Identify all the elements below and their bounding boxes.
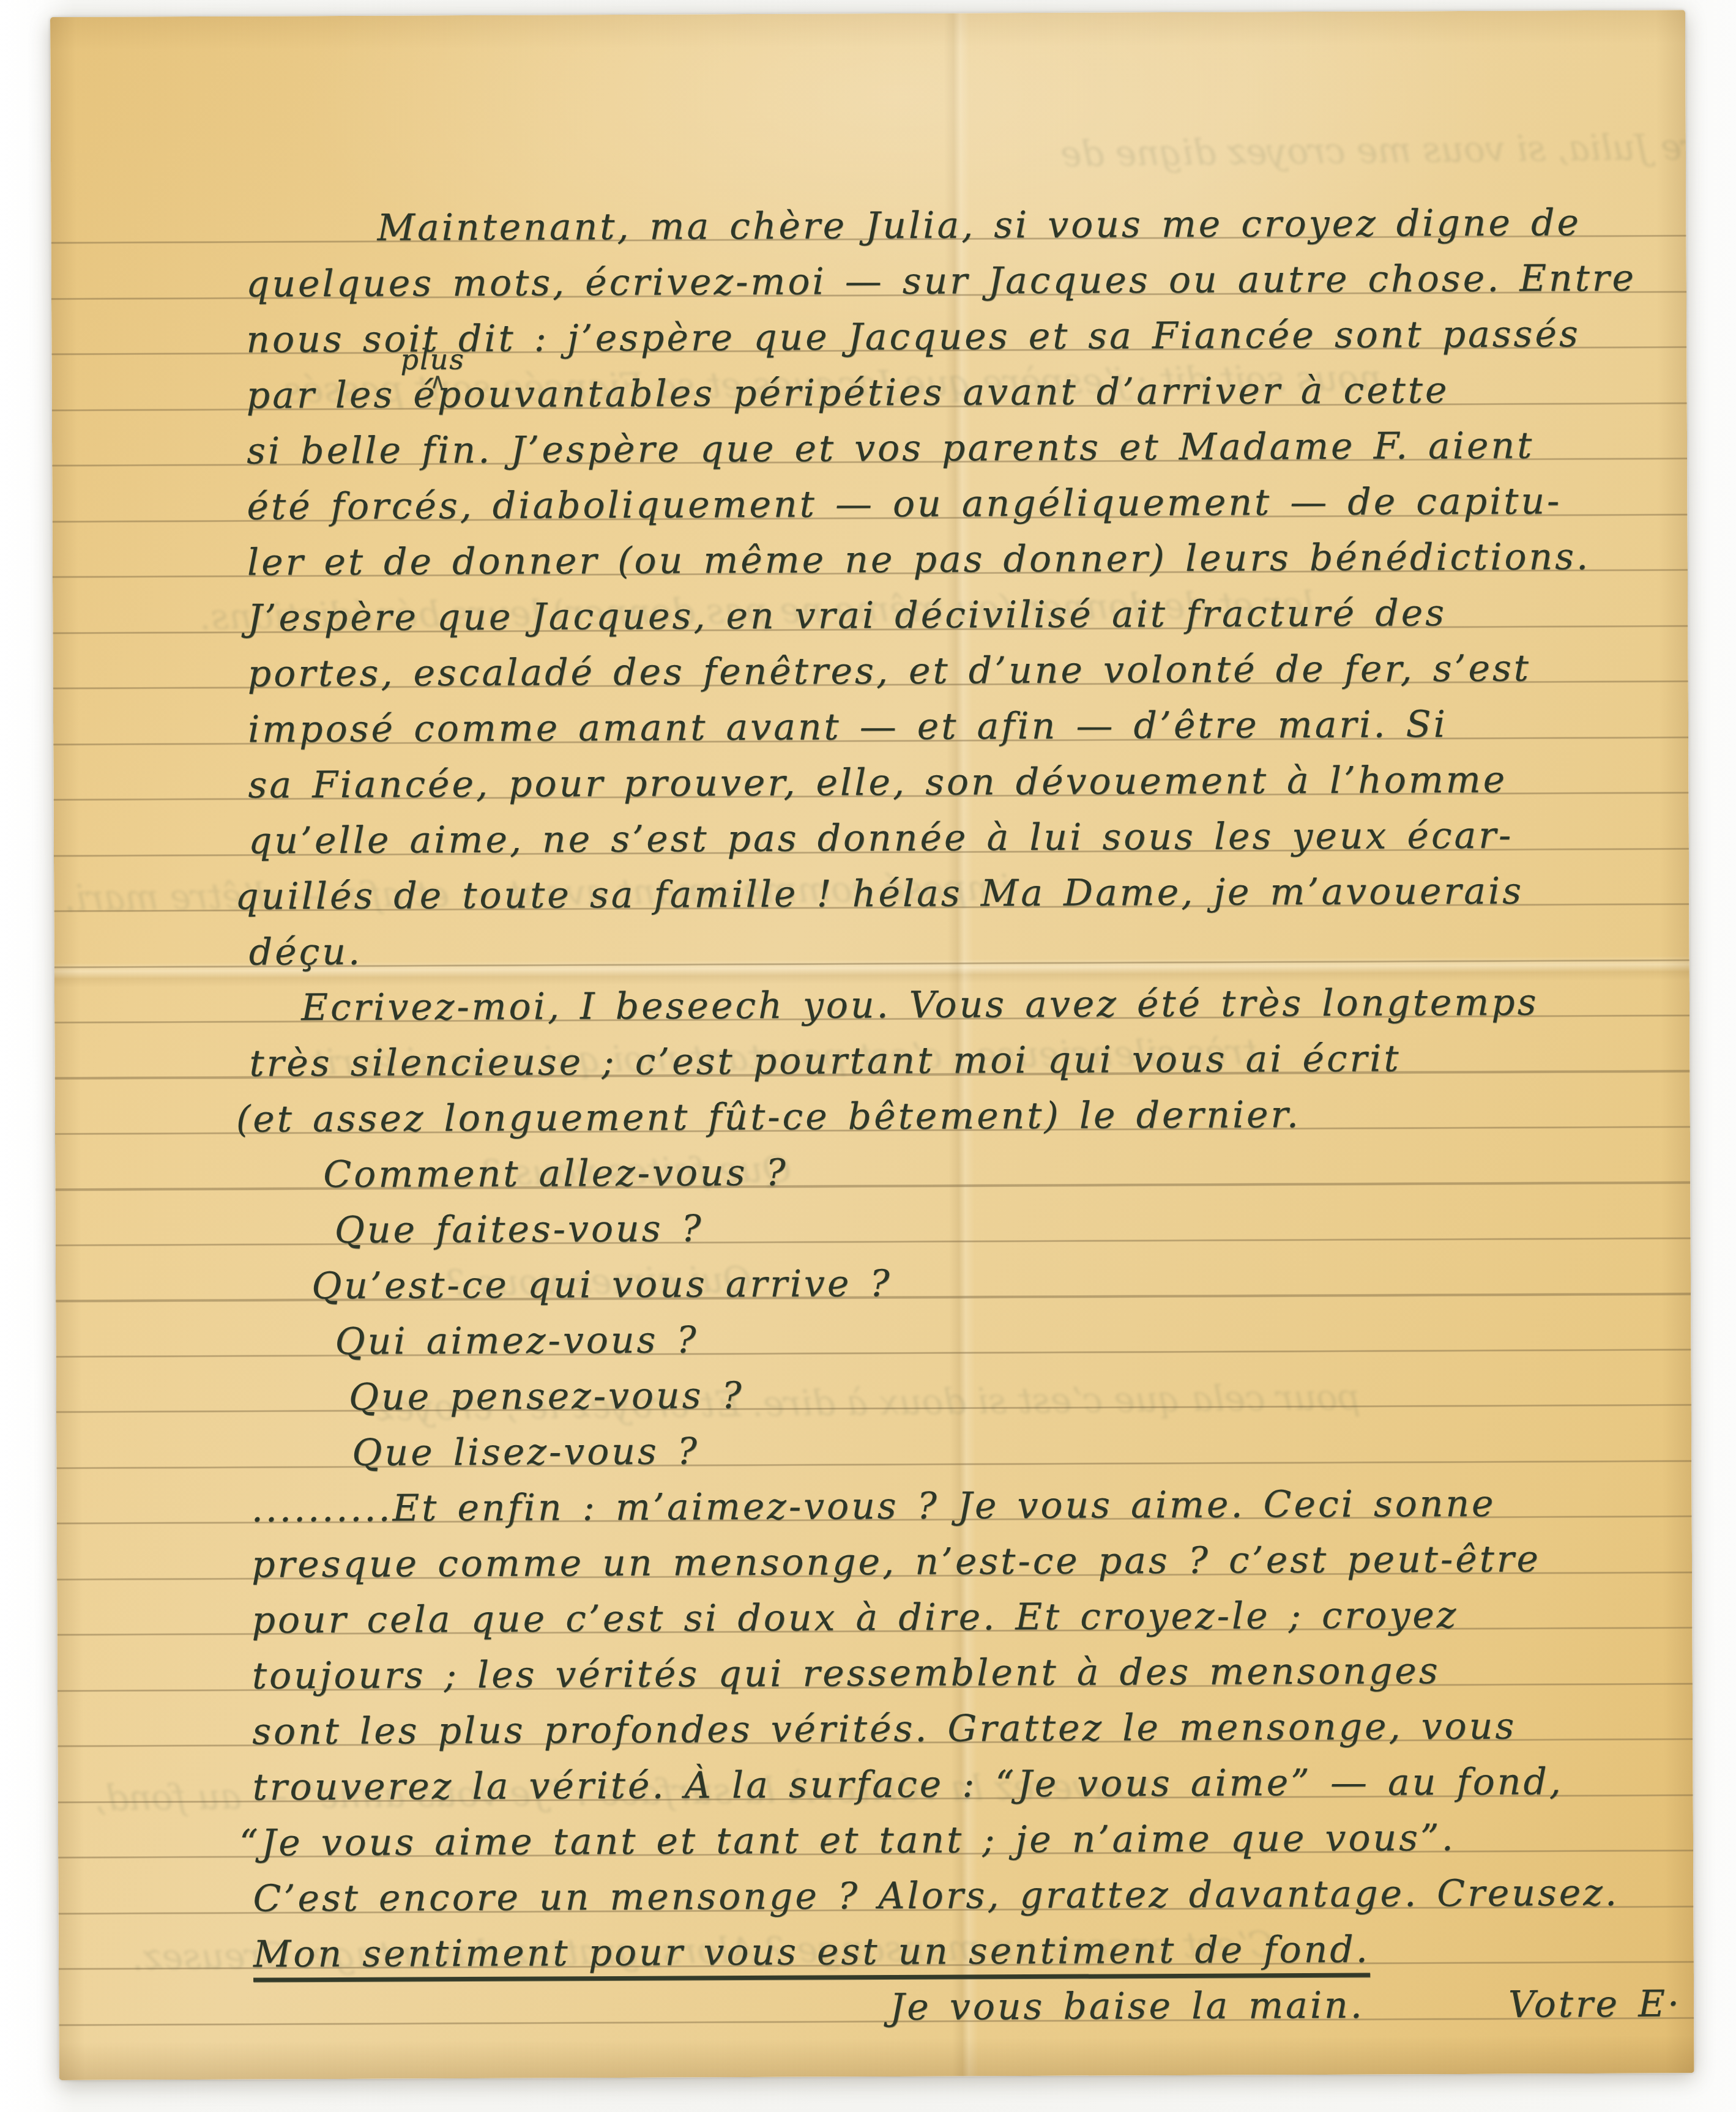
letter-line: C’est encore un mensonge ? Alors, gratte… [253,1865,1692,1927]
letter-line-question: Qui aimez-vous ? [250,1308,1689,1370]
letter-line-with-insertion: plus ∧ par les épouvantables péripéties … [247,362,1686,423]
letter-line: qu’elle aime, ne s’est pas donnée à lui … [248,807,1688,869]
signature: Votre E· [1508,1982,1682,2026]
letter-line: presque comme un mensonge, n’est-ce pas … [251,1531,1691,1593]
letter-line: sont les plus profondes vérités. Grattez… [252,1698,1691,1760]
letter-line: déçu. [248,918,1688,980]
letter-line: Maintenant, ma chère Julia, si vous me c… [245,195,1685,256]
letter-line: quillés de toute sa famille ! hélas Ma D… [235,863,1688,924]
letter-line: imposé comme amant avant — et afin — d’ê… [248,696,1687,757]
scanner-bed: { "document": { "kind": "handwritten-let… [0,0,1736,2112]
letter-line-question: Que pensez-vous ? [251,1364,1690,1426]
closing-row: Je vous baise la main. Votre E· [253,1976,1693,2038]
letter-line-question: Que faites-vous ? [250,1197,1689,1259]
ghost-text: Maintenant, ma chère Julia, si vous me c… [1060,115,1694,182]
letter-line-underlined: Mon sentiment pour vous est un sentiment… [253,1921,1693,1982]
letter-line: très silencieuse ; c’est pourtant moi qu… [249,1030,1688,1091]
letter-line: J’espère que Jacques, en vrai décivilisé… [247,584,1686,646]
letter-line: sa Fiancée, pour prouver, elle, son dévo… [248,751,1687,813]
letter-line: été forcés, diaboliquement — ou angéliqu… [247,473,1686,535]
letter-line-question: Qu’est-ce qui vous arrive ? [250,1252,1689,1314]
insertion-caret-icon: ∧ [430,371,448,392]
letter-line: ler et de donner (ou même ne pas donner)… [247,529,1686,590]
letter-line-question: Que lisez-vous ? [251,1419,1690,1481]
letter-line: Ecrivez-moi, I beseech you. Vous avez ét… [249,974,1688,1036]
letter-line: pour cela que c’est si doux à dire. Et c… [251,1586,1691,1648]
letter-line: portes, escaladé des fenêtres, et d’une … [247,640,1686,702]
letter-line: (et assez longuement fût-ce bêtement) le… [236,1085,1689,1147]
letter-line: quelques mots, écrivez-moi — sur Jacques… [246,250,1685,312]
letter-line-question: Comment allez-vous ? [250,1141,1689,1203]
letter-page: Maintenant, ma chère Julia, si vous me c… [50,10,1694,2080]
letter-line: ..........Et enfin : m’aimez-vous ? Je v… [251,1475,1690,1537]
letter-line-text: par les épouvantables péripéties avant d… [247,369,1450,417]
closing-phrase: Je vous baise la main. [890,1984,1365,2029]
letter-line: trouverez la vérité. À la surface : “Je … [252,1753,1691,1815]
letter-line: si belle fin. J’espère que et vos parent… [247,417,1686,479]
letter-line: “Je vous aime tant et tant et tant ; je … [239,1809,1692,1871]
letter-body: Maintenant, ma chère Julia, si vous me c… [245,195,1693,2038]
letter-line: toujours ; les vérités qui ressemblent à… [252,1642,1691,1704]
